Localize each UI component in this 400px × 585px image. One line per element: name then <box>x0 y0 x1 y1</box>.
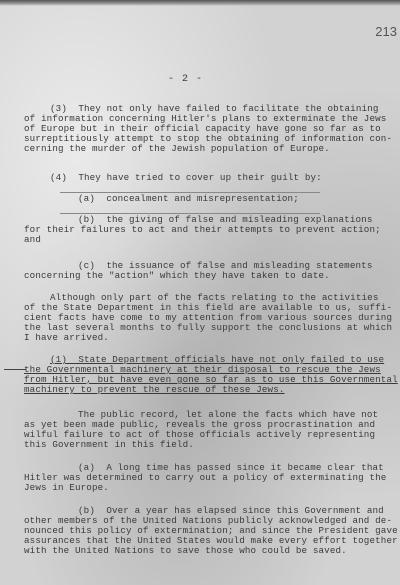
text-line: (a) concealment and misrepresentation; <box>78 194 299 204</box>
text-line: and <box>24 235 41 245</box>
scanned-document-page: 213 - 2 - (3) They not only have failed … <box>0 0 400 585</box>
text-line: (4) They have tried to cover up their gu… <box>50 173 322 183</box>
page-marker: - 2 - <box>168 74 203 85</box>
page-stamp-number: 213 <box>375 24 397 39</box>
text-line-underlined: machinery to prevent the rescue of these… <box>24 385 285 395</box>
text-line: Jews in Europe. <box>24 483 109 493</box>
text-line: with the United Nations to save those wh… <box>24 546 347 556</box>
text-line: for their failures to act and their atte… <box>24 225 381 235</box>
margin-mark <box>4 369 26 370</box>
text-line: cerning the murder of the Jewish populat… <box>24 144 330 154</box>
text-line: I have arrived. <box>24 333 109 343</box>
text-line: concerning the "action" which they have … <box>24 271 330 281</box>
text-line: this Government in this field. <box>24 440 194 450</box>
page-top-edge <box>0 0 400 6</box>
